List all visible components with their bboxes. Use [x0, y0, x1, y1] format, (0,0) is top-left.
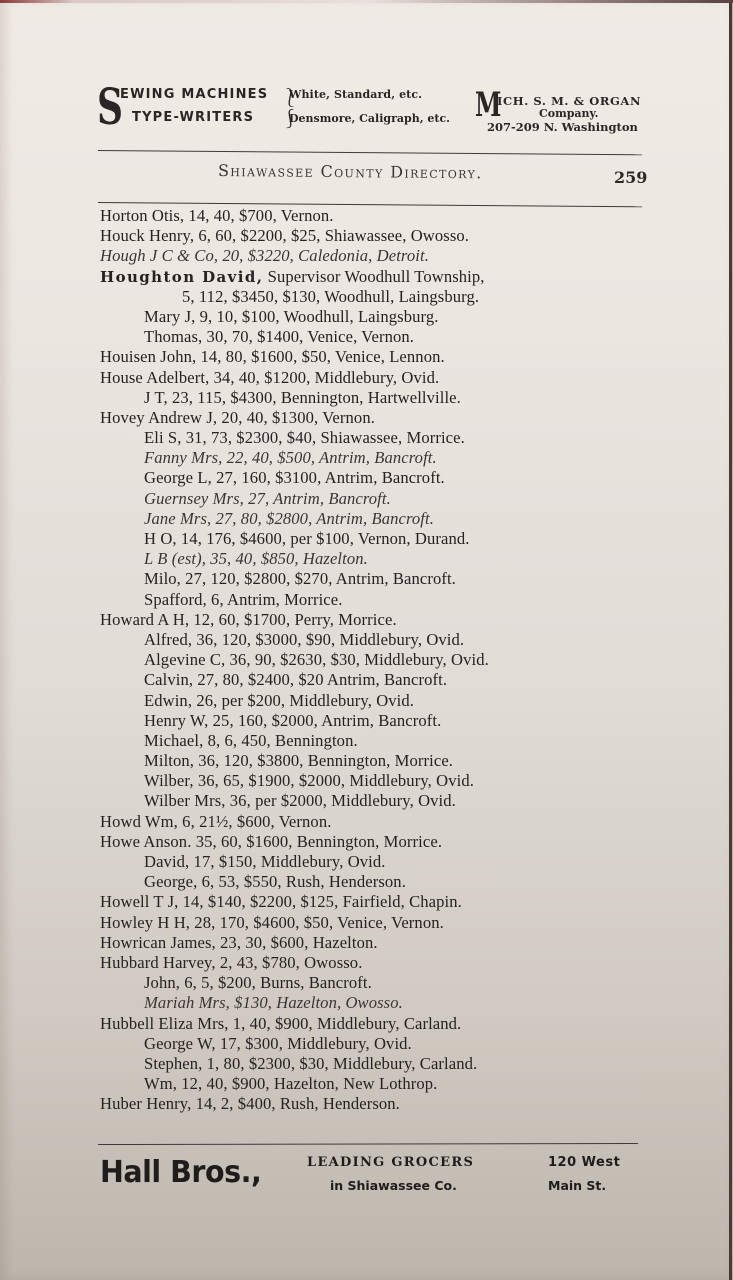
directory-entries: Horton Otis, 14, 40, $700, Vernon.Houck …: [100, 206, 660, 1114]
directory-entry: Wilber, 36, 65, $1900, $2000, Middlebury…: [100, 771, 660, 791]
directory-entry: Wm, 12, 40, $900, Hazelton, New Lothrop.: [100, 1074, 660, 1094]
directory-entry: Houghton David, Supervisor Woodhull Town…: [100, 267, 660, 287]
entry-text: 5, 112, $3450, $130, Woodhull, Laingsbur…: [182, 287, 479, 306]
entry-name: Houghton David,: [100, 268, 263, 286]
ad-sewing-machines: EWING MACHINES: [120, 87, 268, 102]
directory-entry: Houck Henry, 6, 60, $2200, $25, Shiawass…: [100, 226, 660, 246]
directory-entry: Hubbard Harvey, 2, 43, $780, Owosso.: [100, 953, 660, 973]
directory-entry: J T, 23, 115, $4300, Bennington, Hartwel…: [100, 388, 660, 408]
directory-entry: Horton Otis, 14, 40, $700, Vernon.: [100, 206, 660, 226]
ad-hall-bros: Hall Bros.,: [100, 1155, 261, 1190]
directory-entry: Hubbell Eliza Mrs, 1, 40, $900, Middlebu…: [100, 1014, 660, 1034]
entry-text: Alfred, 36, 120, $3000, $90, Middlebury,…: [144, 630, 464, 649]
directory-entry: Milton, 36, 120, $3800, Bennington, Morr…: [100, 751, 660, 771]
directory-entry: Wilber Mrs, 36, per $2000, Middlebury, O…: [100, 791, 660, 811]
entry-text: George L, 27, 160, $3100, Antrim, Bancro…: [144, 468, 445, 487]
entry-text: Howell T J, 14, $140, $2200, $125, Fairf…: [100, 892, 462, 911]
entry-text: Spafford, 6, Antrim, Morrice.: [144, 590, 342, 609]
directory-entry: Stephen, 1, 80, $2300, $30, Middlebury, …: [100, 1054, 660, 1074]
entry-text: Michael, 8, 6, 450, Bennington.: [144, 731, 358, 750]
directory-entry: 5, 112, $3450, $130, Woodhull, Laingsbur…: [100, 287, 660, 307]
ad-detail-sewing: White, Standard, etc.: [289, 88, 422, 101]
entry-text: Guernsey Mrs, 27, Antrim, Bancroft.: [144, 489, 391, 508]
entry-text: Thomas, 30, 70, $1400, Venice, Vernon.: [144, 327, 414, 346]
entry-text: Calvin, 27, 80, $2400, $20 Antrim, Bancr…: [144, 670, 447, 689]
entry-text: Howard A H, 12, 60, $1700, Perry, Morric…: [100, 610, 397, 629]
header-advertisement: S EWING MACHINES TYPE-WRITERS ⎱ ⎰ White,…: [97, 82, 645, 140]
entry-text: Mariah Mrs, $130, Hazelton, Owosso.: [144, 993, 403, 1012]
ad-tagline-sub: in Shiawassee Co.: [330, 1178, 457, 1193]
entry-text: Henry W, 25, 160, $2000, Antrim, Bancrof…: [144, 711, 441, 730]
directory-entry: Howrican James, 23, 30, $600, Hazelton.: [100, 933, 660, 953]
directory-entry: Howard A H, 12, 60, $1700, Perry, Morric…: [100, 610, 660, 630]
directory-entry: Howd Wm, 6, 21½, $600, Vernon.: [100, 812, 660, 832]
entry-text: George, 6, 53, $550, Rush, Henderson.: [144, 872, 406, 891]
directory-entry: George, 6, 53, $550, Rush, Henderson.: [100, 872, 660, 892]
ad-address-line2: Main St.: [548, 1178, 606, 1193]
entry-text: Milton, 36, 120, $3800, Bennington, Morr…: [144, 751, 453, 770]
directory-entry: Houisen John, 14, 80, $1600, $50, Venice…: [100, 347, 660, 367]
directory-entry: Edwin, 26, per $200, Middlebury, Ovid.: [100, 691, 660, 711]
directory-entry: Howell T J, 14, $140, $2200, $125, Fairf…: [100, 892, 660, 912]
entry-text: David, 17, $150, Middlebury, Ovid.: [144, 852, 386, 871]
page-top-edge: [0, 0, 733, 3]
entry-text: J T, 23, 115, $4300, Bennington, Hartwel…: [144, 388, 461, 407]
divider-rule: [98, 1143, 638, 1145]
directory-entry: Jane Mrs, 27, 80, $2800, Antrim, Bancrof…: [100, 509, 660, 529]
directory-entry: Calvin, 27, 80, $2400, $20 Antrim, Bancr…: [100, 670, 660, 690]
entry-text: Hough J C & Co, 20, $3220, Caledonia, De…: [100, 246, 429, 265]
directory-entry: Hovey Andrew J, 20, 40, $1300, Vernon.: [100, 408, 660, 428]
entry-text: Houisen John, 14, 80, $1600, $50, Venice…: [100, 347, 445, 366]
entry-text: Howley H H, 28, 170, $4600, $50, Venice,…: [100, 913, 444, 932]
ad-address-line1: 120 West: [548, 1155, 620, 1170]
book-page: S EWING MACHINES TYPE-WRITERS ⎱ ⎰ White,…: [0, 0, 732, 1280]
entry-text: Huber Henry, 14, 2, $400, Rush, Henderso…: [100, 1094, 400, 1113]
directory-entry: Fanny Mrs, 22, 40, $500, Antrim, Bancrof…: [100, 448, 660, 468]
entry-text: Horton Otis, 14, 40, $700, Vernon.: [100, 206, 334, 225]
entry-text: Edwin, 26, per $200, Middlebury, Ovid.: [144, 691, 414, 710]
entry-text: Hubbard Harvey, 2, 43, $780, Owosso.: [100, 953, 362, 972]
entry-text: Fanny Mrs, 22, 40, $500, Antrim, Bancrof…: [144, 448, 437, 467]
directory-entry: Huber Henry, 14, 2, $400, Rush, Henderso…: [100, 1094, 660, 1114]
directory-entry: George L, 27, 160, $3100, Antrim, Bancro…: [100, 468, 660, 488]
entry-text: John, 6, 5, $200, Burns, Bancroft.: [144, 973, 372, 992]
ad-type-writers: TYPE-WRITERS: [132, 110, 254, 125]
entry-text: Howe Anson. 35, 60, $1600, Bennington, M…: [100, 832, 442, 851]
running-head-title: Shiawassee County Directory.: [218, 161, 483, 182]
directory-entry: Algevine C, 36, 90, $2630, $30, Middlebu…: [100, 650, 660, 670]
entry-text: Howd Wm, 6, 21½, $600, Vernon.: [100, 812, 331, 831]
directory-entry: David, 17, $150, Middlebury, Ovid.: [100, 852, 660, 872]
entry-text: Eli S, 31, 73, $2300, $40, Shiawassee, M…: [144, 428, 465, 447]
directory-entry: John, 6, 5, $200, Burns, Bancroft.: [100, 973, 660, 993]
directory-entry: L B (est), 35, 40, $850, Hazelton.: [100, 549, 660, 569]
divider-rule: [98, 150, 642, 155]
entry-text: L B (est), 35, 40, $850, Hazelton.: [144, 549, 368, 568]
entry-text: Houck Henry, 6, 60, $2200, $25, Shiawass…: [100, 226, 469, 245]
ad-company-address: 207-209 N. Washington: [487, 120, 638, 134]
entry-text: Hovey Andrew J, 20, 40, $1300, Vernon.: [100, 408, 375, 427]
entry-text: Algevine C, 36, 90, $2630, $30, Middlebu…: [144, 650, 489, 669]
entry-text: Wilber, 36, 65, $1900, $2000, Middlebury…: [144, 771, 474, 790]
directory-entry: Mariah Mrs, $130, Hazelton, Owosso.: [100, 993, 660, 1013]
entry-text: Stephen, 1, 80, $2300, $30, Middlebury, …: [144, 1054, 477, 1073]
footer-advertisement: Hall Bros., LEADING GROCERS in Shiawasse…: [100, 1150, 645, 1200]
ad-tagline: LEADING GROCERS: [307, 1155, 474, 1170]
directory-entry: Alfred, 36, 120, $3000, $90, Middlebury,…: [100, 630, 660, 650]
directory-entry: Milo, 27, 120, $2800, $270, Antrim, Banc…: [100, 569, 660, 589]
directory-entry: Eli S, 31, 73, $2300, $40, Shiawassee, M…: [100, 428, 660, 448]
ad-company-name: ICH. S. M. & ORGAN: [497, 94, 641, 108]
entry-text: Howrican James, 23, 30, $600, Hazelton.: [100, 933, 378, 952]
ad-detail-typewriters: Densmore, Caligraph, etc.: [289, 112, 450, 125]
entry-text: H O, 14, 176, $4600, per $100, Vernon, D…: [144, 529, 470, 548]
entry-text: Mary J, 9, 10, $100, Woodhull, Laingsbur…: [144, 307, 438, 326]
entry-text: Milo, 27, 120, $2800, $270, Antrim, Banc…: [144, 569, 456, 588]
directory-entry: Howe Anson. 35, 60, $1600, Bennington, M…: [100, 832, 660, 852]
directory-entry: Guernsey Mrs, 27, Antrim, Bancroft.: [100, 489, 660, 509]
directory-entry: Hough J C & Co, 20, $3220, Caledonia, De…: [100, 246, 660, 266]
directory-entry: Mary J, 9, 10, $100, Woodhull, Laingsbur…: [100, 307, 660, 327]
directory-entry: Howley H H, 28, 170, $4600, $50, Venice,…: [100, 913, 660, 933]
entry-text: Jane Mrs, 27, 80, $2800, Antrim, Bancrof…: [144, 509, 434, 528]
page-number: 259: [614, 168, 647, 187]
directory-entry: Henry W, 25, 160, $2000, Antrim, Bancrof…: [100, 711, 660, 731]
directory-entry: House Adelbert, 34, 40, $1200, Middlebur…: [100, 368, 660, 388]
directory-entry: Michael, 8, 6, 450, Bennington.: [100, 731, 660, 751]
entry-text: Wm, 12, 40, $900, Hazelton, New Lothrop.: [144, 1074, 437, 1093]
entry-text: House Adelbert, 34, 40, $1200, Middlebur…: [100, 368, 439, 387]
entry-text: Wilber Mrs, 36, per $2000, Middlebury, O…: [144, 791, 456, 810]
entry-text: Supervisor Woodhull Township,: [263, 267, 484, 286]
directory-entry: Spafford, 6, Antrim, Morrice.: [100, 590, 660, 610]
entry-text: George W, 17, $300, Middlebury, Ovid.: [144, 1034, 412, 1053]
directory-entry: H O, 14, 176, $4600, per $100, Vernon, D…: [100, 529, 660, 549]
entry-text: Hubbell Eliza Mrs, 1, 40, $900, Middlebu…: [100, 1014, 461, 1033]
ad-company-suffix: Company.: [539, 107, 599, 120]
directory-entry: Thomas, 30, 70, $1400, Venice, Vernon.: [100, 327, 660, 347]
directory-entry: George W, 17, $300, Middlebury, Ovid.: [100, 1034, 660, 1054]
